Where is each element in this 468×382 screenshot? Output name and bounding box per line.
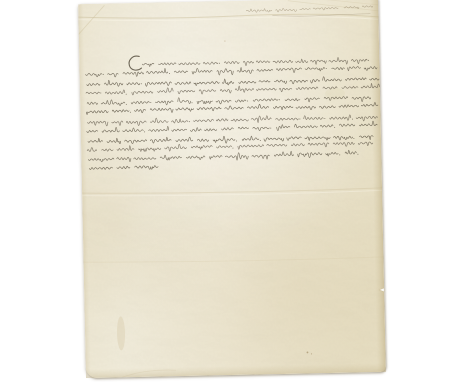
paper-sheet: Handwritten French cursive letter in sep… bbox=[78, 0, 386, 378]
scanned-letter: Handwritten French cursive letter in sep… bbox=[0, 0, 468, 382]
paper-texture-and-ink bbox=[78, 0, 386, 378]
